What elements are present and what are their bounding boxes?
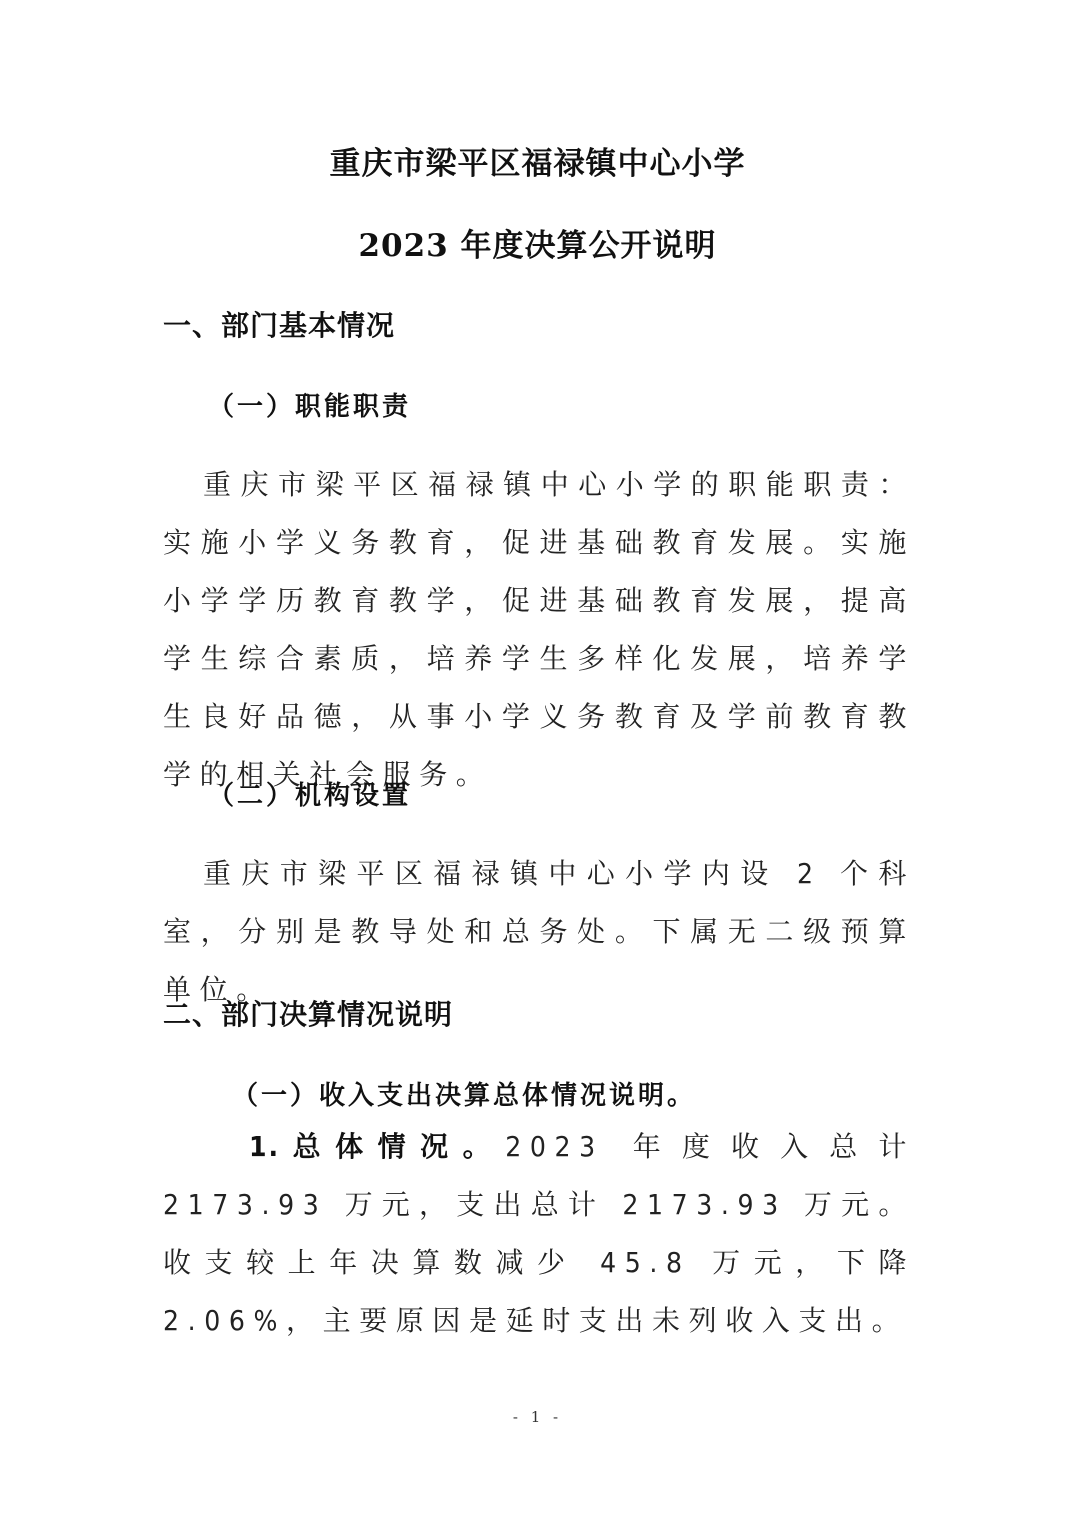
section-heading-basic-info: 一、部门基本情况 [163, 304, 395, 344]
document-title-line2: 2023 年度决算公开说明 [0, 220, 1075, 265]
subsection-heading-organization: （二）机构设置 [208, 775, 411, 812]
page-number: - 1 - [0, 1408, 1075, 1426]
subsection-heading-income-expense: （一）收入支出决算总体情况说明。 [232, 1075, 696, 1112]
paragraph-overall: 1.总体情况。2023 年度收入总计 2173.93 万元，支出总计 2173.… [163, 1118, 915, 1350]
subsection-heading-functions: （一）职能职责 [208, 386, 411, 423]
item-lead-overall: 1.总体情况。 [249, 1130, 505, 1163]
paragraph-functions: 重庆市梁平区福禄镇中心小学的职能职责：实施小学义务教育，促进基础教育发展。实施小… [163, 456, 915, 804]
section-heading-final-accounts: 二、部门决算情况说明 [163, 993, 453, 1033]
document-page: 重庆市梁平区福禄镇中心小学 2023 年度决算公开说明 一、部门基本情况 （一）… [0, 0, 1075, 1520]
document-title-line1: 重庆市梁平区福禄镇中心小学 [0, 138, 1075, 183]
